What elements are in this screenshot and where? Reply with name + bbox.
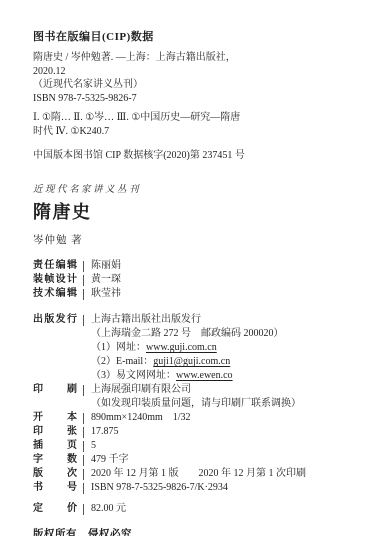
email-label: （2）E-mail： xyxy=(91,356,153,367)
spec-value: ISBN 978-7-5325-9826-7/K·2934 xyxy=(91,481,228,495)
spec-label: 开本 xyxy=(33,411,77,425)
printer-label: 印刷 xyxy=(33,383,77,397)
email-line: （2）E-mail：guji1@guji.com.cn xyxy=(91,355,351,369)
divider-line xyxy=(83,427,84,438)
publisher-label: 出版发行 xyxy=(33,313,77,327)
series-name: 近现代名家讲义丛刊 xyxy=(33,181,351,195)
spec-label: 书号 xyxy=(33,481,77,495)
ewen-line: （3）易文网网址：www.ewen.co xyxy=(91,369,351,383)
divider-line xyxy=(83,385,84,396)
website-line: （1）网址：www.guji.com.cn xyxy=(91,341,351,355)
email-address: guji1@guji.com.cn xyxy=(153,356,230,367)
spec-row-price: 定价 82.00 元 xyxy=(33,502,351,516)
publishing-block: 出版发行 上海古籍出版社出版发行 （上海瑞金二路 272 号 邮政编码 2000… xyxy=(33,313,351,516)
printer-value: 上海展强印刷有限公司 xyxy=(91,383,191,397)
cip-description: 隋唐史 / 岑仲勉著. —上海：上海古籍出版社， 2020.12 （近现代名家讲… xyxy=(33,51,351,105)
website-url: www.guji.com.cn xyxy=(146,342,217,353)
publisher-value: 上海古籍出版社出版发行 xyxy=(91,313,201,327)
spec-row-edition: 版次 2020 年 12 月第 1 版 2020 年 12 月第 1 次印刷 xyxy=(33,467,351,481)
spec-row-format: 开本 890mm×1240mm 1/32 xyxy=(33,411,351,425)
credit-value: 陈丽娟 xyxy=(91,259,121,273)
ewen-label: （3）易文网网址： xyxy=(91,370,176,381)
divider-line xyxy=(83,483,84,494)
divider-line xyxy=(83,469,84,480)
credit-label: 技术编辑 xyxy=(33,287,77,301)
cip-line: （近现代名家讲义丛刊） xyxy=(33,78,351,92)
credit-row: 技术编辑 耿莹祎 xyxy=(33,287,351,301)
spec-label: 字数 xyxy=(33,453,77,467)
book-title: 隋唐史 xyxy=(33,198,351,224)
credits-block: 责任编辑 陈丽娟 装帧设计 黄一琛 技术编辑 耿莹祎 xyxy=(33,259,351,301)
spec-value: 890mm×1240mm 1/32 xyxy=(91,411,191,425)
credit-label: 装帧设计 xyxy=(33,273,77,287)
publisher-row: 出版发行 上海古籍出版社出版发行 xyxy=(33,313,351,327)
divider-line xyxy=(83,315,84,326)
spec-row-isbn: 书号 ISBN 978-7-5325-9826-7/K·2934 xyxy=(33,481,351,495)
classification-line: 时代 Ⅳ. ①K240.7 xyxy=(33,125,351,139)
spec-label: 定价 xyxy=(33,502,77,516)
credit-value: 黄一琛 xyxy=(91,273,121,287)
cip-header: 图书在版编目(CIP)数据 xyxy=(33,28,351,44)
copyright-notice: 版权所有，侵权必究 xyxy=(33,526,351,536)
spec-row-wordcount: 字数 479 千字 xyxy=(33,453,351,467)
divider-line xyxy=(83,455,84,466)
spec-label: 版次 xyxy=(33,467,77,481)
divider-line xyxy=(83,261,84,272)
credit-value: 耿莹祎 xyxy=(91,287,121,301)
spec-label: 插页 xyxy=(33,439,77,453)
classification-line: Ⅰ. ①隋… Ⅱ. ①岑… Ⅲ. ①中国历史—研究—隋唐 xyxy=(33,111,351,125)
website-label: （1）网址： xyxy=(91,342,146,353)
cip-record-number: 中国版本图书馆 CIP 数据核字(2020)第 237451 号 xyxy=(33,146,351,161)
divider-line xyxy=(83,289,84,300)
credit-row: 责任编辑 陈丽娟 xyxy=(33,259,351,273)
cip-line: 隋唐史 / 岑仲勉著. —上海：上海古籍出版社， xyxy=(33,51,351,65)
spec-row-inserts: 插页 5 xyxy=(33,439,351,453)
ewen-url: www.ewen.co xyxy=(176,370,233,381)
printer-note: （如发现印装质量问题，请与印刷厂联系调换） xyxy=(91,397,351,411)
spec-row-sheets: 印张 17.875 xyxy=(33,425,351,439)
spec-value: 82.00 元 xyxy=(91,502,126,516)
divider-line xyxy=(83,504,84,515)
spec-value: 5 xyxy=(91,439,96,453)
publisher-address: （上海瑞金二路 272 号 邮政编码 200020） xyxy=(91,327,351,341)
credit-row: 装帧设计 黄一琛 xyxy=(33,273,351,287)
spec-label: 印张 xyxy=(33,425,77,439)
spec-value: 479 千字 xyxy=(91,453,129,467)
spec-value: 2020 年 12 月第 1 版 2020 年 12 月第 1 次印刷 xyxy=(91,467,306,481)
divider-line xyxy=(83,441,84,452)
cip-classification: Ⅰ. ①隋… Ⅱ. ①岑… Ⅲ. ①中国历史—研究—隋唐 时代 Ⅳ. ①K240… xyxy=(33,111,351,138)
printer-row: 印刷 上海展强印刷有限公司 xyxy=(33,383,351,397)
spec-value: 17.875 xyxy=(91,425,119,439)
copyright-page: 图书在版编目(CIP)数据 隋唐史 / 岑仲勉著. —上海：上海古籍出版社， 2… xyxy=(0,0,375,536)
divider-line xyxy=(83,413,84,424)
author-name: 岑仲勉 著 xyxy=(33,232,351,247)
cip-line: ISBN 978-7-5325-9826-7 xyxy=(33,92,351,106)
credit-label: 责任编辑 xyxy=(33,259,77,273)
cip-line: 2020.12 xyxy=(33,65,351,79)
divider-line xyxy=(83,275,84,286)
